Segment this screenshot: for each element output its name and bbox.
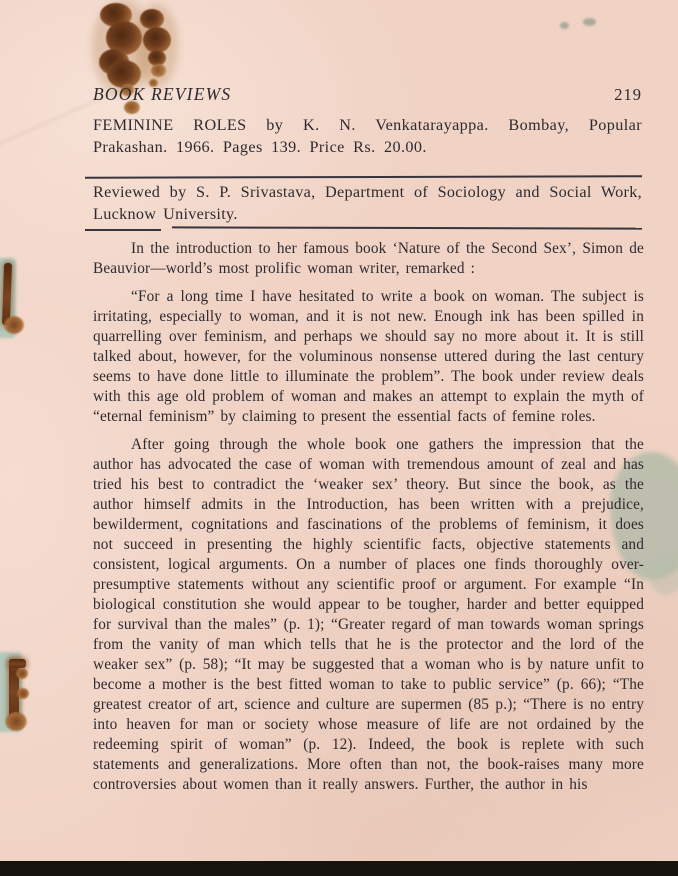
scanned-page: BOOK REVIEWS 219 FEMININE ROLES by K. N.… bbox=[0, 0, 678, 876]
review-paragraph: After going through the whole book one g… bbox=[93, 435, 644, 795]
page-title: BOOK REVIEWS bbox=[93, 84, 231, 105]
smudge-stain bbox=[648, 555, 678, 595]
book-citation: FEMININE ROLES by K. N. Venkatarayappa. … bbox=[93, 114, 642, 158]
ink-stain bbox=[140, 9, 164, 29]
review-body: In the introduction to her famous book ‘… bbox=[93, 239, 644, 795]
separator-rule-bottom-left bbox=[85, 229, 161, 231]
separator-rule-top bbox=[85, 175, 642, 178]
separator-rule-bottom-right bbox=[172, 226, 642, 229]
speck-stain bbox=[560, 22, 569, 29]
page-header: BOOK REVIEWS 219 bbox=[93, 84, 642, 105]
review-paragraph: “For a long time I have hesitated to wri… bbox=[93, 287, 644, 427]
ink-stain bbox=[151, 64, 166, 77]
review-paragraph: In the introduction to her famous book ‘… bbox=[93, 239, 644, 279]
scanner-edge-bar bbox=[0, 861, 678, 876]
reviewer-note: Reviewed by S. P. Srivastava, Department… bbox=[93, 181, 642, 225]
speck-stain bbox=[583, 18, 596, 26]
page-number: 219 bbox=[614, 85, 642, 105]
